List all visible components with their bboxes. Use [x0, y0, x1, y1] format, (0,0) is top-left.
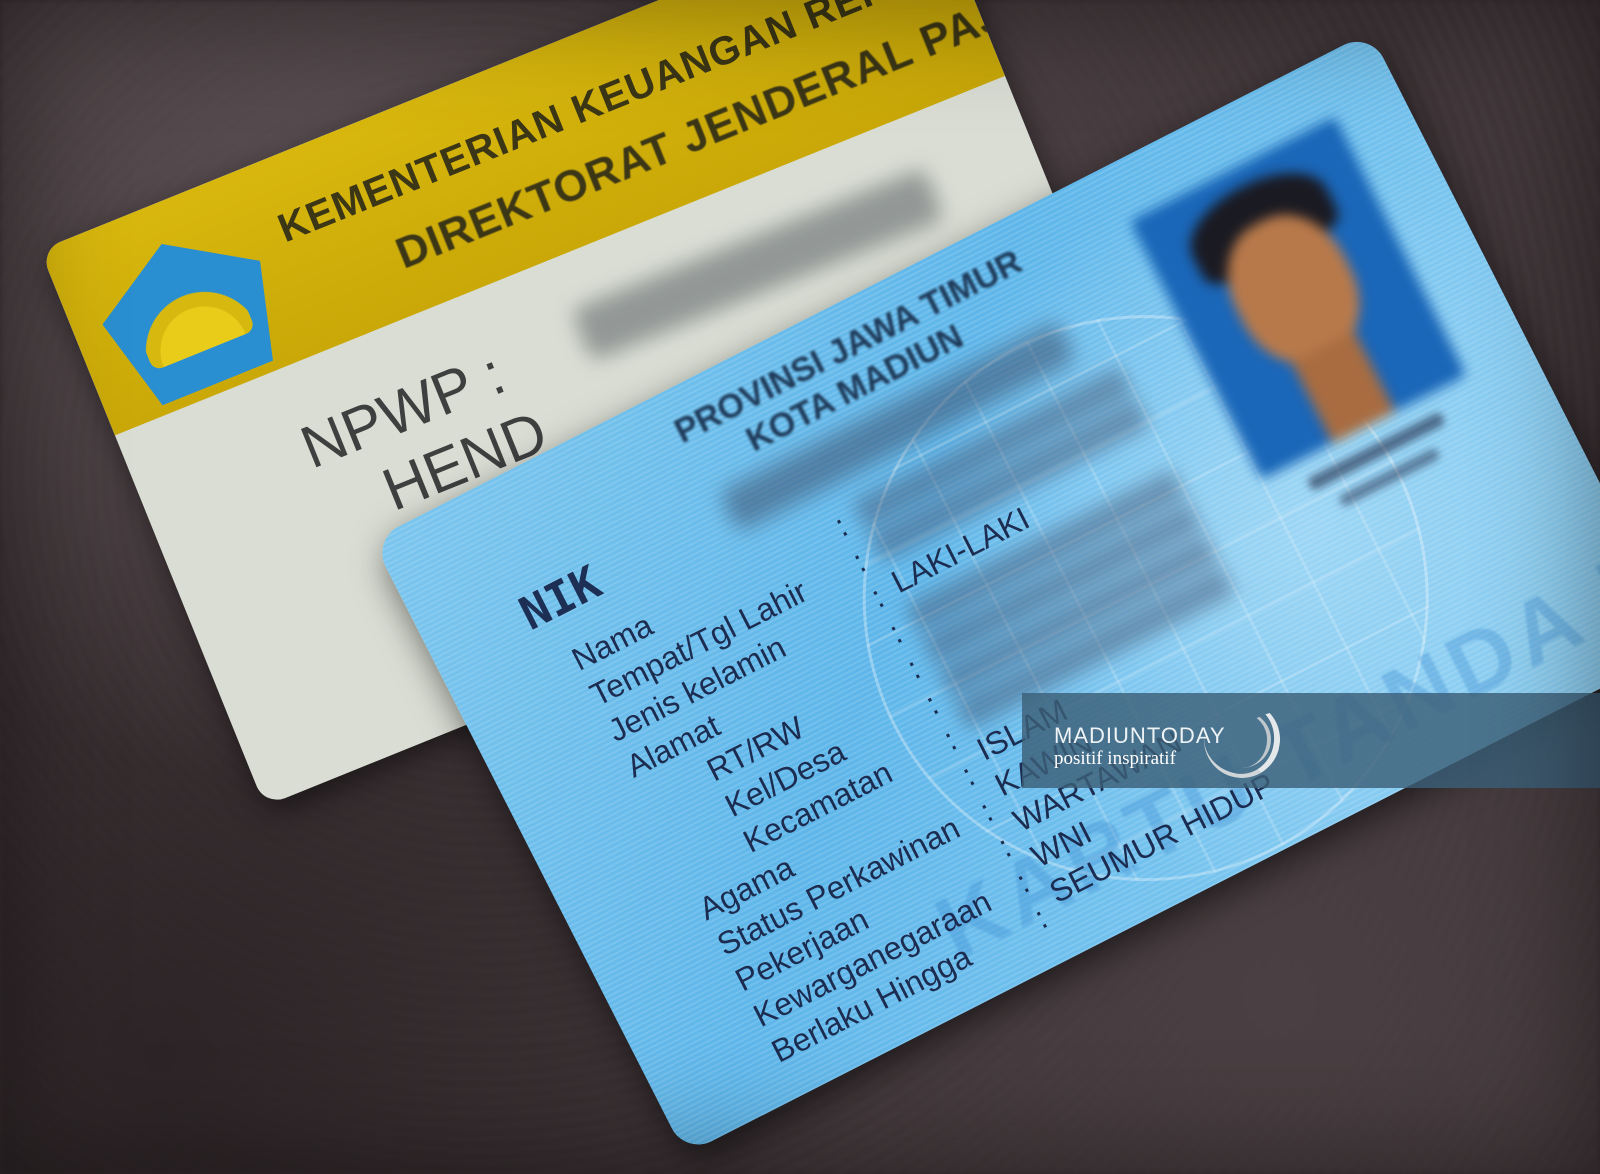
watermark-tagline: positif inspiratif [1054, 748, 1176, 770]
watermark-brand: MADIUNTODAY [1054, 723, 1226, 749]
swoosh-logo-inner-icon [1212, 711, 1271, 768]
ktp-colon: : [828, 506, 854, 546]
madiuntoday-watermark: MADIUNTODAY positif inspiratif [1022, 693, 1600, 788]
